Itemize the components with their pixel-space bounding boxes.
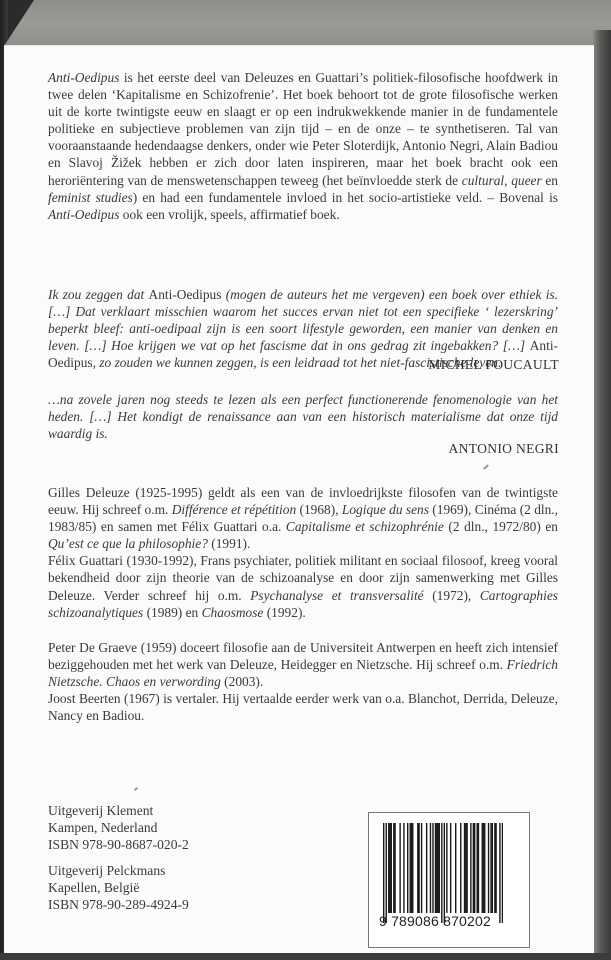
barcode-bars-icon	[383, 823, 503, 923]
text-run: (2 dln., 1972/80) en	[444, 519, 558, 534]
text-run: en	[542, 173, 558, 188]
isbn-barcode: 9 789086 870202	[368, 812, 530, 948]
text-run: (1991).	[208, 536, 250, 551]
italic-text: Chaosmose	[202, 605, 264, 620]
text-run: ) en had een fundamentele invloed in het…	[133, 190, 558, 205]
italic-text: Logique du sens	[342, 502, 429, 517]
publisher-klement: Uitgeverij Klement Kampen, Nederland ISB…	[48, 802, 189, 854]
italic-text: Capitalisme et schizophrénie	[286, 519, 444, 534]
text-run: (1989) en	[143, 605, 201, 620]
barcode-digits: 9 789086 870202	[379, 913, 523, 929]
italic-text: Ik zou zeggen dat	[48, 287, 149, 302]
book-bottom-edge	[0, 953, 611, 960]
italic-text: …na zovele jaren nog steeds te lezen als…	[48, 392, 558, 441]
book-right-edge	[593, 30, 611, 960]
publisher-place: Kapellen, België	[48, 879, 189, 896]
text-run: (1972),	[424, 588, 480, 603]
publisher-name: Uitgeverij Pelckmans	[48, 862, 189, 879]
text-run: is het eerste deel van Deleuzes en Guatt…	[48, 70, 558, 188]
quote-attribution-foucault: MICHEL FOUCAULT	[428, 357, 559, 373]
publisher-name: Uitgeverij Klement	[48, 802, 189, 819]
italic-text: Anti-Oedipus	[48, 207, 119, 222]
text-run: Peter De Graeve (1959) doceert filosofie…	[48, 640, 558, 672]
text-run: (1968),	[296, 502, 342, 517]
italic-text: Anti-Oedipus	[48, 70, 119, 85]
publisher-isbn: ISBN 978-90-289-4924-9	[48, 896, 189, 913]
page-block-top	[4, 0, 611, 46]
text-run: Anti-Oedipus	[149, 287, 222, 302]
translator-bios: Peter De Graeve (1959) doceert filosofie…	[48, 639, 558, 724]
publisher-pelckmans: Uitgeverij Pelckmans Kapellen, België IS…	[48, 862, 189, 914]
text-run: ook een vrolijk, speels, affirmatief boe…	[119, 207, 339, 222]
italic-text: feminist studies	[48, 190, 133, 205]
italic-text: cultural	[462, 173, 504, 188]
publisher-place: Kampen, Nederland	[48, 819, 189, 836]
blurb-paragraph: Anti-Oedipus is het eerste deel van Dele…	[48, 69, 558, 223]
quote-attribution-negri: ANTONIO NEGRI	[449, 441, 560, 457]
text-run: Joost Beerten (1967) is vertaler. Hij ve…	[48, 691, 558, 723]
text-run: (2003).	[221, 674, 263, 689]
italic-text: queer	[511, 173, 542, 188]
italic-text: Psychanalyse et transversalité	[250, 588, 423, 603]
text-run: (1992).	[263, 605, 305, 620]
author-bios: Gilles Deleuze (1925-1995) geldt als een…	[48, 484, 558, 621]
quote-negri: …na zovele jaren nog steeds te lezen als…	[48, 391, 558, 442]
italic-text: Différence et répétition	[172, 502, 296, 517]
publisher-isbn: ISBN 978-90-8687-020-2	[48, 836, 189, 853]
italic-text: Qu’est ce que la philosophie?	[48, 536, 208, 551]
